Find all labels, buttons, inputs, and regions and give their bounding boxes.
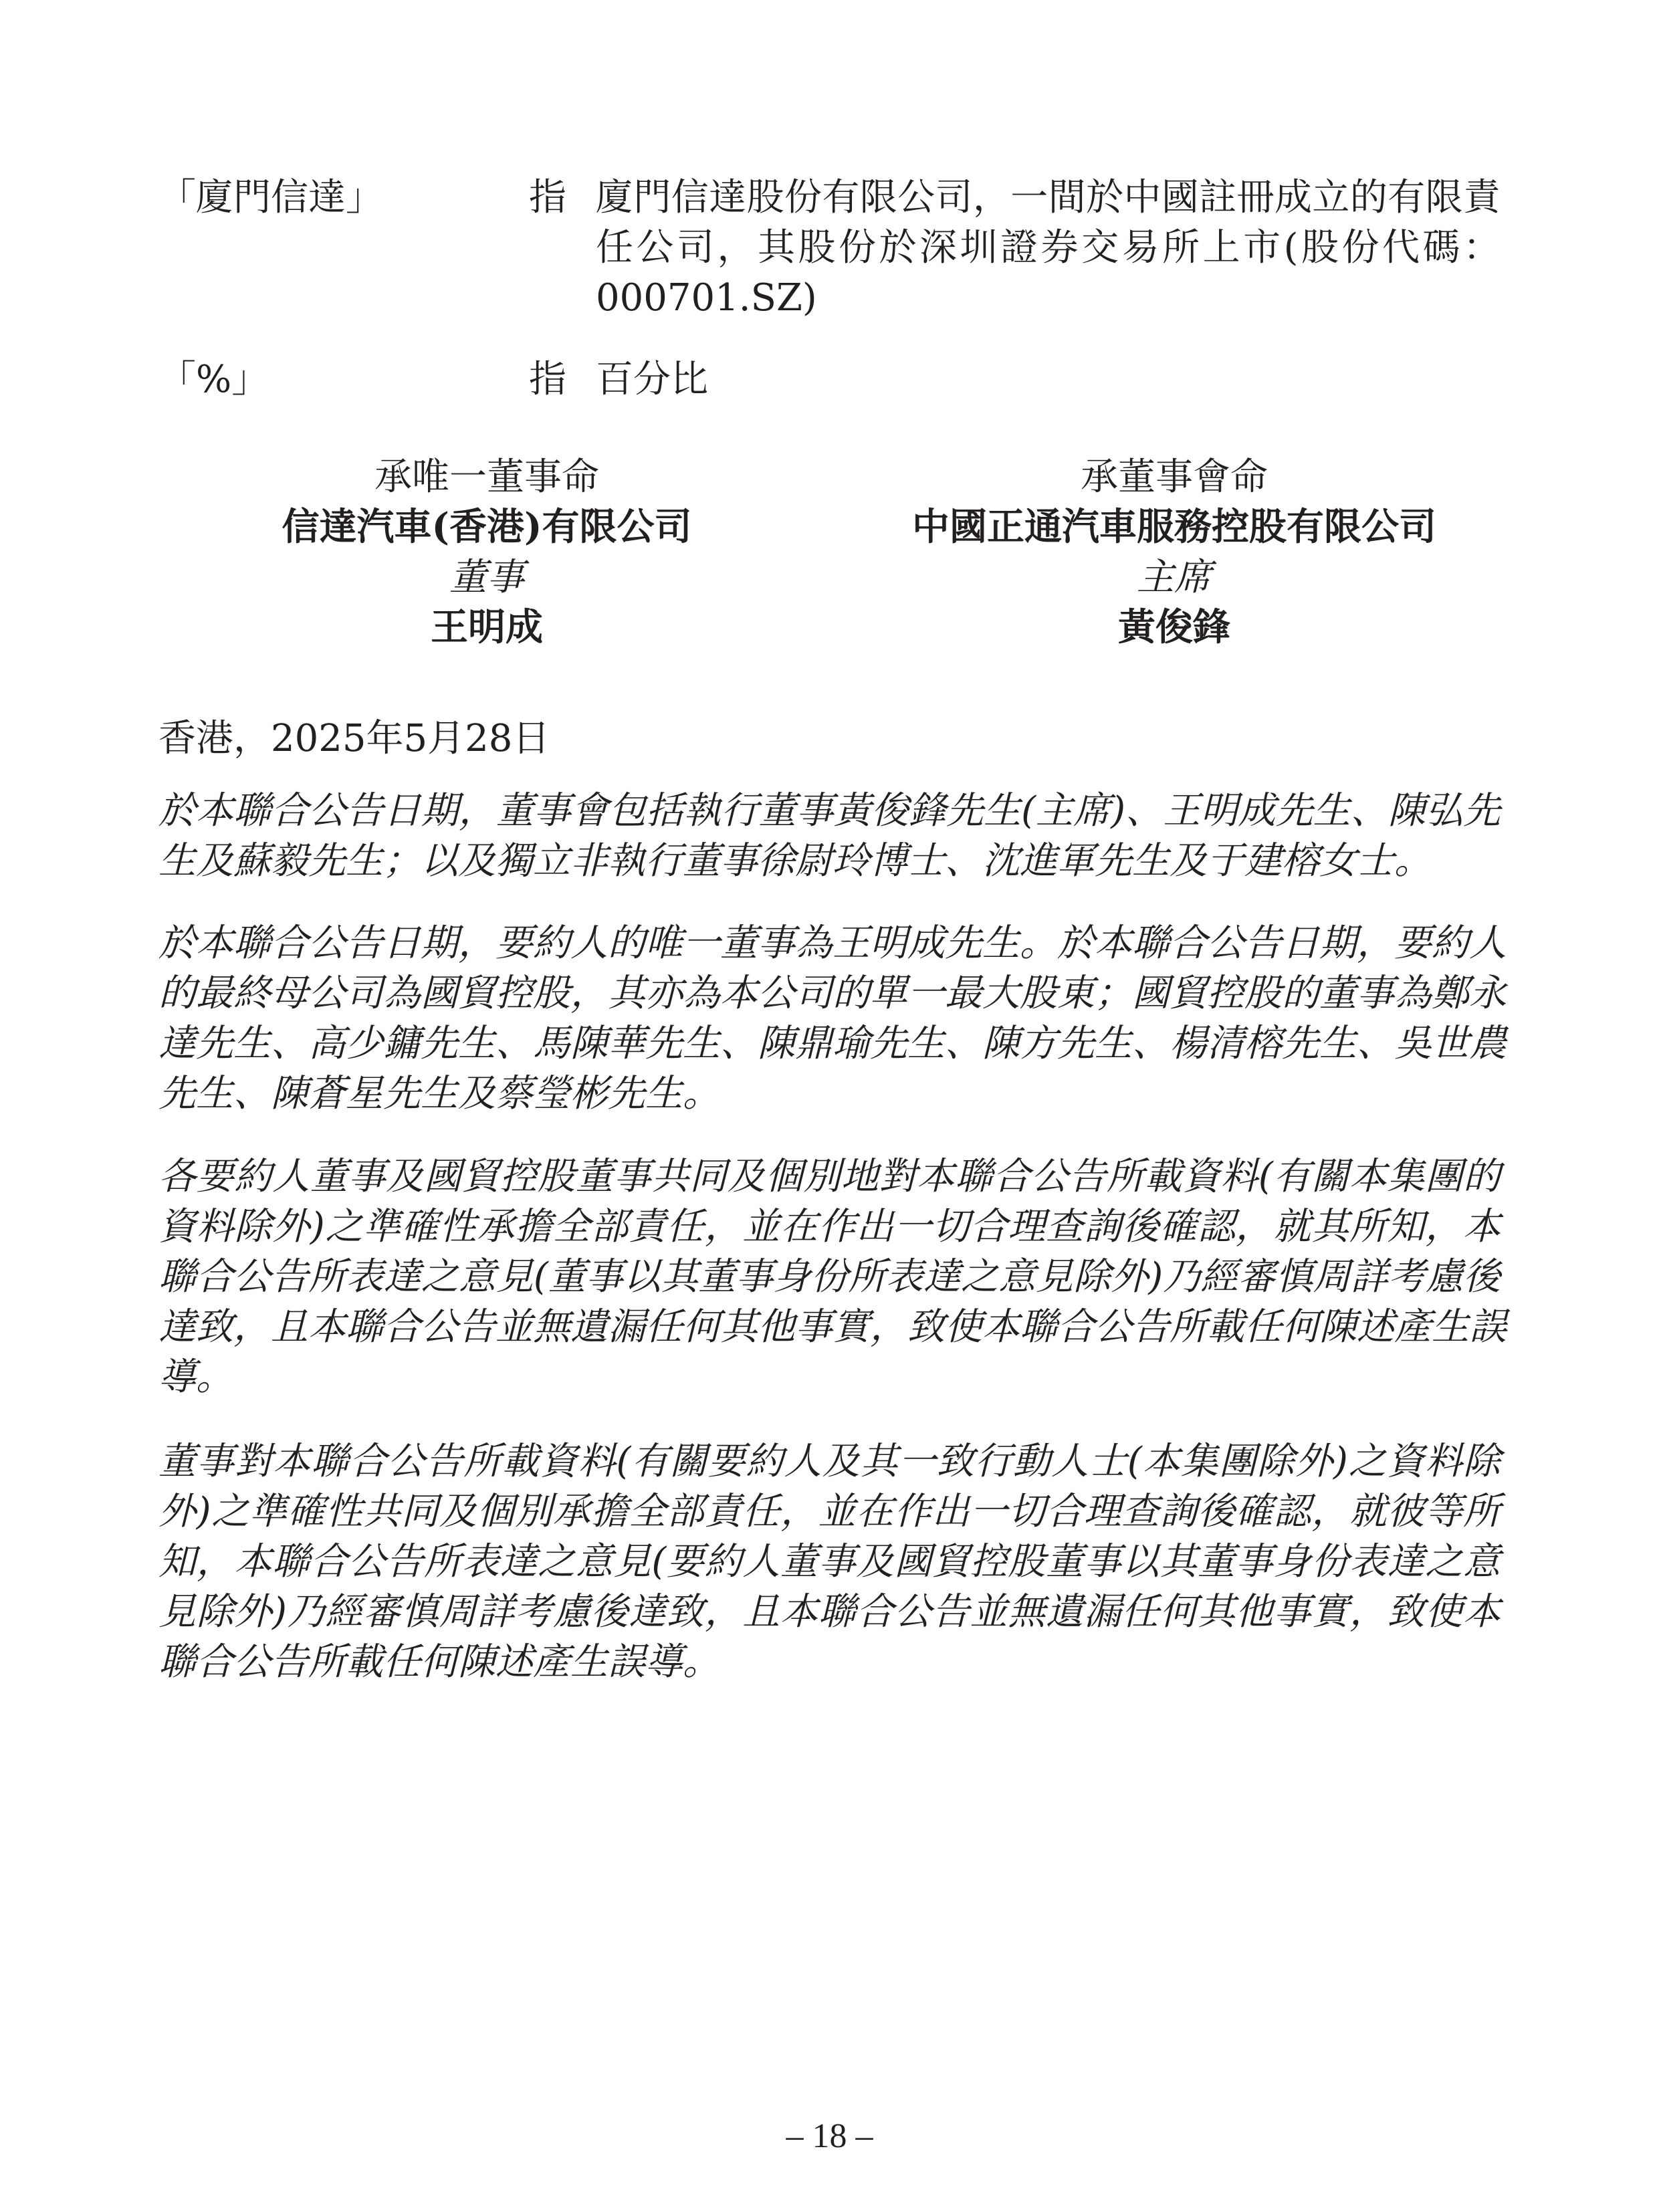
paragraph-line: 的最終母公司為國貿控股，其亦為本公司的單一最大股東；國貿控股的董事為鄭永 xyxy=(158,968,1501,1018)
definition-line: 000701.SZ) xyxy=(596,273,1501,323)
paragraph-line: 達先生、高少鏞先生、馬陳華先生、陳鼎瑜先生、陳方先生、楊清榕先生、吳世農 xyxy=(158,1018,1501,1069)
signature-block-offeror: 承唯一董事命 信達汽車(香港)有限公司 董事 王明成 xyxy=(119,452,855,653)
definition-line: 廈門信達股份有限公司，一間於中國註冊成立的有限責 xyxy=(596,173,1501,223)
signature-name: 王明成 xyxy=(119,602,855,653)
paragraph-directors-responsibility: 董事對本聯合公告所載資料(有關要約人及其一致行動人士(本集團除外)之資料除 外)… xyxy=(158,1436,1501,1687)
paragraph-line: 資料除外)之準確性承擔全部責任，並在作出一切合理查詢後確認，就其所知，本 xyxy=(158,1202,1501,1252)
paragraph-line: 各要約人董事及國貿控股董事共同及個別地對本聯合公告所載資料(有關本集團的 xyxy=(158,1151,1501,1202)
signature-block-company: 承董事會命 中國正通汽車服務控股有限公司 主席 黃俊鋒 xyxy=(806,452,1542,653)
page-number: – 18 – xyxy=(0,2111,1659,2161)
paragraph-line: 聯合公告所表達之意見(董事以其董事身份所表達之意見除外)乃經審慎周詳考慮後 xyxy=(158,1252,1501,1302)
signature-company: 信達汽車(香港)有限公司 xyxy=(119,502,855,552)
signature-order-by: 承董事會命 xyxy=(806,452,1542,502)
paragraph-offeror-directors: 於本聯合公告日期，要約人的唯一董事為王明成先生。於本聯合公告日期，要約人 的最終… xyxy=(158,918,1501,1119)
paragraph-line: 生及蘇毅先生；以及獨立非執行董事徐尉玲博士、沈進軍先生及于建榕女士。 xyxy=(158,836,1501,886)
paragraph-line: 達致，且本聯合公告並無遺漏任何其他事實，致使本聯合公告所載任何陳述產生誤 xyxy=(158,1302,1501,1352)
paragraph-line: 知，本聯合公告所表達之意見(要約人董事及國貿控股董事以其董事身份表達之意 xyxy=(158,1537,1501,1587)
paragraph-line: 外)之準確性共同及個別承擔全部責任，並在作出一切合理查詢後確認，就彼等所 xyxy=(158,1486,1501,1537)
definition-line: 百分比 xyxy=(596,354,1501,405)
paragraph-board-composition: 於本聯合公告日期，董事會包括執行董事黃俊鋒先生(主席)、王明成先生、陳弘先 生及… xyxy=(158,786,1501,886)
definition-text: 廈門信達股份有限公司，一間於中國註冊成立的有限責 任公司，其股份於深圳證券交易所… xyxy=(596,173,1501,323)
paragraph-line: 先生、陳蒼星先生及蔡瑩彬先生。 xyxy=(158,1069,1501,1119)
definition-line: 任公司，其股份於深圳證券交易所上市(股份代碼： xyxy=(596,223,1501,273)
paragraph-line: 聯合公告所載任何陳述產生誤導。 xyxy=(158,1637,1501,1687)
paragraph-offeror-responsibility: 各要約人董事及國貿控股董事共同及個別地對本聯合公告所載資料(有關本集團的 資料除… xyxy=(158,1151,1501,1402)
signature-order-by: 承唯一董事命 xyxy=(119,452,855,502)
paragraph-line: 見除外)乃經審慎周詳考慮後達致，且本聯合公告並無遺漏任何其他事實，致使本 xyxy=(158,1587,1501,1637)
document-page: 「廈門信達」 指 廈門信達股份有限公司，一間於中國註冊成立的有限責 任公司，其股… xyxy=(0,0,1659,2212)
definition-means: 指 xyxy=(529,173,566,223)
paragraph-line: 於本聯合公告日期，董事會包括執行董事黃俊鋒先生(主席)、王明成先生、陳弘先 xyxy=(158,786,1501,836)
signature-title: 主席 xyxy=(806,552,1542,602)
paragraph-line: 於本聯合公告日期，要約人的唯一董事為王明成先生。於本聯合公告日期，要約人 xyxy=(158,918,1501,968)
date-line: 香港，2025年5月28日 xyxy=(158,713,550,764)
signature-name: 黃俊鋒 xyxy=(806,602,1542,653)
signature-title: 董事 xyxy=(119,552,855,602)
paragraph-line: 董事對本聯合公告所載資料(有關要約人及其一致行動人士(本集團除外)之資料除 xyxy=(158,1436,1501,1486)
paragraph-line: 導。 xyxy=(158,1352,1501,1402)
definition-text: 百分比 xyxy=(596,354,1501,405)
definition-means: 指 xyxy=(529,354,566,405)
definition-term: 「廈門信達」 xyxy=(158,173,383,223)
signature-company: 中國正通汽車服務控股有限公司 xyxy=(806,502,1542,552)
definition-term: 「%」 xyxy=(158,354,269,405)
